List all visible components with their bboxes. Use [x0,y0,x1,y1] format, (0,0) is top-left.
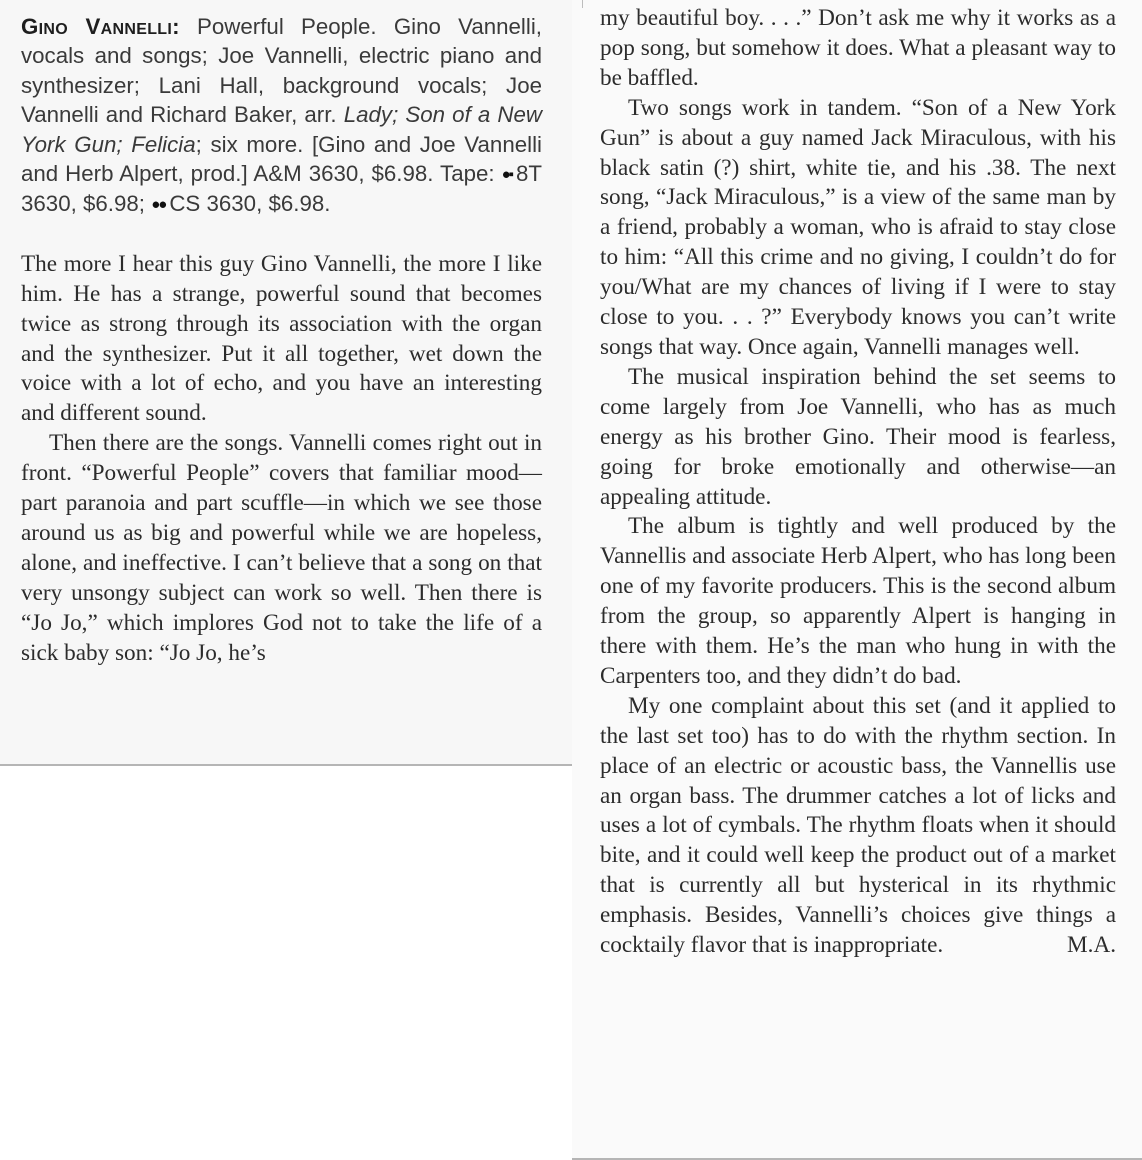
tape-cs-info: CS 3630, $6.98. [169,191,330,216]
review-paragraph-continued: my beautiful boy. . . .” Don’t ask me wh… [600,4,1116,94]
tape-cs-symbol-icon: ●● [151,190,165,219]
review-paragraph-final: My one complaint about this set (and it … [600,692,1116,961]
album-title: Powerful People. [197,14,377,39]
review-paragraph: The album is tightly and well produced b… [600,512,1116,691]
review-body-left: The more I hear this guy Gino Vannelli, … [21,250,542,669]
review-paragraph: The more I hear this guy Gino Vannelli, … [21,250,542,429]
review-paragraph: Two songs work in tandem. “Son of a New … [600,94,1116,363]
right-column: my beautiful boy. . . .” Don’t ask me wh… [572,0,1142,1160]
final-paragraph-text: My one complaint about this set (and it … [600,693,1116,958]
left-column: Gino Vannelli: Powerful People. Gino Van… [0,0,572,766]
album-info-header: Gino Vannelli: Powerful People. Gino Van… [21,12,542,220]
tape-8t-symbol-icon: ●▪ [502,160,512,189]
artist-name: Gino Vannelli: [21,14,180,39]
songs-more: ; six more. [196,132,304,157]
review-paragraph: Then there are the songs. Vannelli comes… [21,429,542,668]
reviewer-signature: M.A. [1039,931,1116,961]
review-body-right: my beautiful boy. . . .” Don’t ask me wh… [600,4,1116,961]
review-paragraph: The musical inspiration behind the set s… [600,363,1116,513]
